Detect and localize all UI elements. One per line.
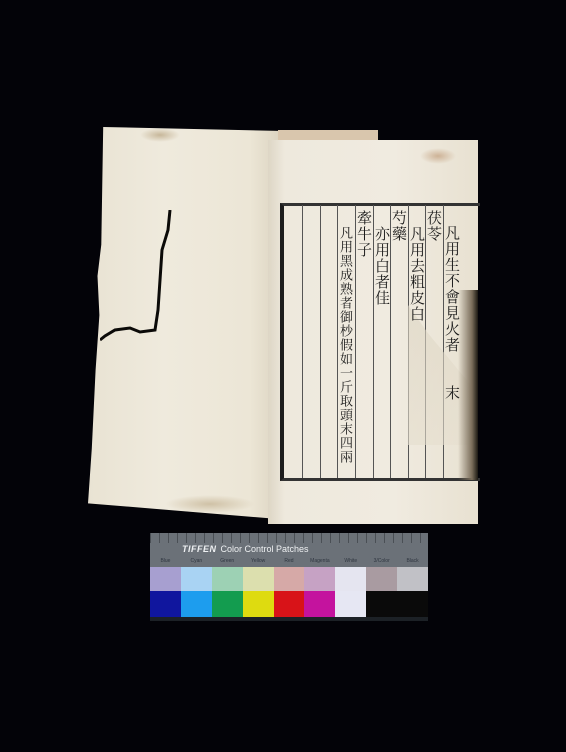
color-patch — [366, 567, 397, 591]
color-patch — [212, 591, 243, 617]
color-patch — [397, 567, 428, 591]
color-patch — [150, 591, 181, 617]
text-column: 牽牛子 — [356, 210, 372, 258]
text-column: 凡用去粗皮白 — [409, 226, 425, 322]
patch-label: White — [335, 558, 366, 567]
chart-title-text: Color Control Patches — [221, 544, 309, 554]
chart-header: TIFFENColor Control Patches Blue Cyan Gr… — [150, 533, 428, 567]
patch-label: Green — [212, 558, 243, 567]
ruler — [150, 533, 428, 543]
color-patch — [397, 591, 428, 617]
color-patch — [181, 567, 212, 591]
color-patch — [304, 591, 335, 617]
color-patch — [212, 567, 243, 591]
patch-label: Cyan — [181, 558, 212, 567]
page-stain — [165, 495, 255, 513]
page-stain — [420, 148, 456, 164]
page-stain — [140, 128, 180, 142]
color-patch — [150, 567, 181, 591]
text-column: 凡用黑成熟者御杪假如一斤取頭末四兩 — [338, 226, 351, 464]
patch-label: Black — [397, 558, 428, 567]
color-patch — [366, 591, 397, 617]
text-column: 芍藥 — [391, 210, 407, 242]
text-column: 亦用白者佳 — [374, 226, 390, 306]
color-patch — [304, 567, 335, 591]
patch-label: Red — [274, 558, 305, 567]
brand-name: TIFFEN — [182, 544, 217, 554]
color-control-chart: TIFFENColor Control Patches Blue Cyan Gr… — [150, 533, 428, 621]
color-patch — [274, 567, 305, 591]
patch-row-light — [150, 567, 428, 591]
color-patch — [335, 567, 366, 591]
patch-row-saturated — [150, 591, 428, 617]
column-rule — [302, 205, 303, 478]
color-patch — [335, 591, 366, 617]
color-patch — [243, 591, 274, 617]
patch-label: Magenta — [304, 558, 335, 567]
color-patch — [243, 567, 274, 591]
patch-label: Blue — [150, 558, 181, 567]
patch-labels: Blue Cyan Green Yellow Red Magenta White… — [150, 558, 428, 567]
text-column: 茯苓 — [426, 210, 442, 242]
page-edge-damage — [458, 290, 478, 480]
color-patch — [274, 591, 305, 617]
patch-label: 3/Color — [366, 558, 397, 567]
chart-title: TIFFENColor Control Patches — [182, 544, 309, 554]
page-tear — [100, 210, 172, 360]
patch-label: Yellow — [243, 558, 274, 567]
color-patch — [181, 591, 212, 617]
column-rule — [320, 205, 321, 478]
